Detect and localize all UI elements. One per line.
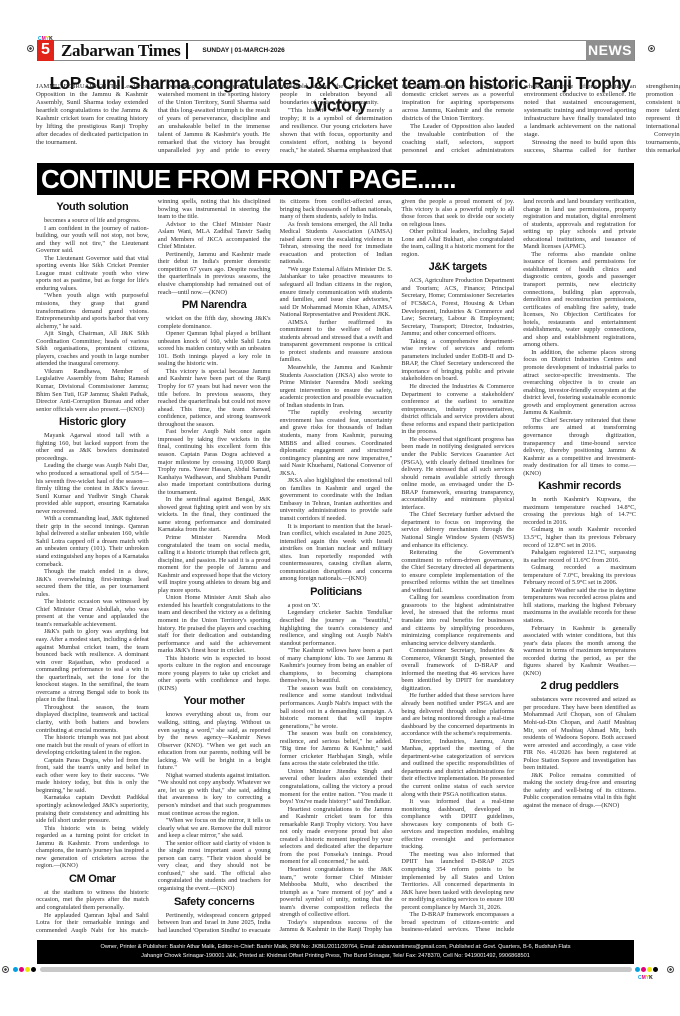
story-paragraph: Calling for seamless coordination from g…: [401, 594, 514, 647]
print-color-bar: [2, 965, 674, 973]
story-paragraph: Advisor to the Chief Minister Nasir Asla…: [158, 221, 271, 251]
gray-bar: [40, 967, 632, 972]
story-paragraph: Opener Qamran Iqbal played a brilliant u…: [158, 330, 271, 368]
story-paragraph: As fresh tensions emerged, the All India…: [280, 221, 393, 266]
story-heading-kashmir-records: Kashmir records: [523, 480, 636, 493]
registration-mark-icon: [667, 966, 674, 973]
story-paragraph: Throughout the season, the team displaye…: [36, 704, 149, 734]
story-paragraph: Leading the charge was Auqib Nabi Dar, w…: [36, 462, 149, 515]
story-paragraph: Other political leaders, including Sajad…: [401, 228, 514, 258]
story-paragraph: The meeting was also informed that DPIIT…: [401, 851, 514, 911]
page-number: 5: [37, 40, 54, 61]
imprint-footer: Owner, Printer & Publisher: Bashir Athar…: [37, 940, 634, 964]
story-paragraph: wicket on the fifth day, showing J&K's c…: [158, 315, 271, 330]
lead-paragraph: JAMMU, FEBRUARY 28: The Leader of Opposi…: [36, 83, 148, 147]
story-paragraph: Kashmir Weather said the rise in daytime…: [523, 587, 636, 625]
story-paragraph: Gulmarg in south Kashmir recorded 13.5°C…: [523, 526, 636, 549]
story-paragraph: "When we focus on the mirror, it tells u…: [158, 817, 271, 840]
story-paragraph: Ajit Singh, Chairman, All J&K Sikh Coord…: [36, 330, 149, 368]
story-paragraph: AIMSA further reaffirmed its commitment …: [280, 319, 393, 364]
story-paragraph: Union Home Minister Amit Shah also exten…: [158, 594, 271, 654]
story-paragraph: The Chief Secretary reiterated that thes…: [523, 417, 636, 477]
story-paragraph: Karnataka captain Devdutt Padikkal sport…: [36, 794, 149, 824]
story-paragraph: Heartiest congratulations to the J&K tea…: [280, 866, 393, 919]
story-paragraph: Commissioner Secretary, Industries & Com…: [401, 647, 514, 692]
story-paragraph: The historic occasion was witnessed by C…: [36, 598, 149, 628]
story-paragraph: Union Minister Jitendra Singh and severa…: [280, 768, 393, 806]
registration-mark-icon: [2, 966, 9, 973]
story-paragraph: "When youth align with purposeful missio…: [36, 292, 149, 330]
cyan-dot-icon: [635, 967, 640, 972]
section-tag: NEWS: [586, 40, 634, 61]
story-paragraph: In addition, the scheme places strong fo…: [523, 349, 636, 417]
story-heading-safety-concerns: Safety concerns: [158, 896, 271, 909]
story-paragraph: It is important to mention that the Isra…: [280, 523, 393, 583]
newspaper-title: Zabarwan Times: [61, 41, 180, 61]
story-paragraph: Gulmarg recorded a maximum temperature o…: [523, 564, 636, 587]
story-heading-cm-omar: CM Omar: [36, 873, 149, 886]
story-paragraph: Vikram Randhawa, Member of Legislative A…: [36, 368, 149, 413]
story-paragraph: Taking a comprehensive department-wise r…: [401, 338, 514, 383]
story-paragraph: Pertinently, Jammu and Kashmir made thei…: [158, 251, 271, 296]
story-heading-politicians: Politicians: [280, 586, 393, 599]
story-paragraph: He observed that significant progress ha…: [401, 436, 514, 511]
story-paragraph: "The Kashmir willows have been a part of…: [280, 647, 393, 685]
story-paragraph: The Chief Secretary further advised the …: [401, 511, 514, 549]
yellow-dot-icon: [647, 967, 652, 972]
story-paragraph: Prime Minister Narendra Modi congratulat…: [158, 534, 271, 594]
story-paragraph: knows everything about us, from our walk…: [158, 711, 271, 771]
magenta-dot-icon: [19, 967, 24, 972]
story-paragraph: ACS, Agriculture Production Department a…: [401, 277, 514, 337]
story-paragraph: With a commanding lead, J&K tightened th…: [36, 515, 149, 568]
story-paragraph: I am confident in the journey of nation-…: [36, 225, 149, 255]
story-paragraph: He directed the Industries & Commerce De…: [401, 383, 514, 436]
story-paragraph: In north Kashmir's Kupwara, the maximum …: [523, 496, 636, 526]
black-dot-icon: [31, 967, 36, 972]
story-paragraph: at the stadium to witness the historic o…: [36, 889, 149, 912]
registration-mark-icon: [648, 45, 655, 52]
story-paragraph: Fast bowler Auqib Nabi once again impres…: [158, 428, 271, 496]
story-paragraph: Captain Paras Dogra, who led from the fr…: [36, 757, 149, 795]
masthead: 5 Zabarwan Times SUNDAY | 01-MARCH-2026 …: [37, 40, 635, 61]
continued-stories: Youth solution becomes a source of life …: [36, 198, 636, 936]
story-paragraph: This victory is special because Jammu an…: [158, 368, 271, 428]
cyan-dot-icon: [13, 967, 18, 972]
story-paragraph: February in Kashmir is generally associa…: [523, 625, 636, 678]
story-paragraph: He further added that these services hav…: [401, 692, 514, 737]
story-paragraph: In the semifinal against Bengal, J&K sho…: [158, 496, 271, 534]
story-paragraph: Though the match ended in a draw, J&K's …: [36, 568, 149, 598]
story-paragraph: Director, Industries, Jammu, Arun Manhas…: [401, 738, 514, 798]
story-paragraph: Meanwhile, the Jammu and Kashmir Student…: [280, 364, 393, 409]
story-paragraph: JKSA also highlighted the emotional toll…: [280, 477, 393, 522]
story-paragraph: It was informed that a real-time monitor…: [401, 798, 514, 851]
story-paragraph: Nighat warned students against imitation…: [158, 772, 271, 817]
story-paragraph: The Lieutenant Governor said that vital …: [36, 255, 149, 293]
imprint-line-2: Jahangir Chowk Srinagar-190001 J&K, Prin…: [37, 952, 634, 961]
story-paragraph: The historic triumph was not just about …: [36, 734, 149, 757]
yellow-dot-icon: [25, 967, 30, 972]
story-paragraph: Pahalgam registered 12.1°C, surpassing i…: [523, 549, 636, 564]
story-paragraph: "We urge External Affairs Minister Dr. S…: [280, 266, 393, 319]
registration-mark-icon: [27, 45, 34, 52]
story-heading-pm-narendra: PM Narendra: [158, 299, 271, 312]
cmyk-k: K: [649, 975, 653, 981]
story-paragraph: Reiterating the Government's commitment …: [401, 549, 514, 594]
story-paragraph: substances were recovered and seized as …: [523, 696, 636, 771]
story-paragraph: This historic win is being widely regard…: [36, 825, 149, 870]
dateline: SUNDAY | 01-MARCH-2026: [202, 47, 284, 54]
magenta-dot-icon: [641, 967, 646, 972]
black-dot-icon: [653, 967, 658, 972]
story-paragraph: The season was built on consistency, res…: [280, 685, 393, 730]
story-paragraph: The reforms also mandate online issuance…: [523, 251, 636, 349]
story-paragraph: J&K's path to glory was anything but eas…: [36, 628, 149, 703]
story-paragraph: This historic win is expected to boost s…: [158, 655, 271, 693]
story-paragraph: The senior officer said clarity of visio…: [158, 840, 271, 893]
lead-story-body: JAMMU, FEBRUARY 28: The Leader of Opposi…: [36, 83, 636, 161]
cmyk-label-bottom: CMYK: [638, 975, 653, 981]
story-paragraph: The season was built on consistency, res…: [280, 730, 393, 768]
continue-banner: CONTINUE FROM FRONT PAGE......: [37, 163, 634, 195]
story-heading-your-mother: Your mother: [158, 695, 271, 708]
story-heading-jk-targets: J&K targets: [401, 261, 514, 274]
story-paragraph: Heartiest congratulations to the Jammu a…: [280, 806, 393, 866]
story-paragraph: a post on 'X'.: [280, 602, 393, 610]
story-heading-youth-solution: Youth solution: [36, 201, 149, 214]
story-paragraph: "The rapidly evolving security environme…: [280, 409, 393, 477]
imprint-line-1: Owner, Printer & Publisher: Bashir Athar…: [37, 943, 634, 952]
story-heading-historic-glory: Historic glory: [36, 416, 149, 429]
story-paragraph: Mayank Agarwal stood tall with a fightin…: [36, 432, 149, 462]
story-paragraph: becomes a source of life and progress.: [36, 217, 149, 225]
story-heading-drug-peddlers: 2 drug peddlers: [523, 680, 636, 693]
story-paragraph: Legendary cricketer Sachin Tendulkar des…: [280, 609, 393, 647]
story-paragraph: J&K Police remains committed of making t…: [523, 772, 636, 810]
title-divider: [186, 43, 188, 59]
